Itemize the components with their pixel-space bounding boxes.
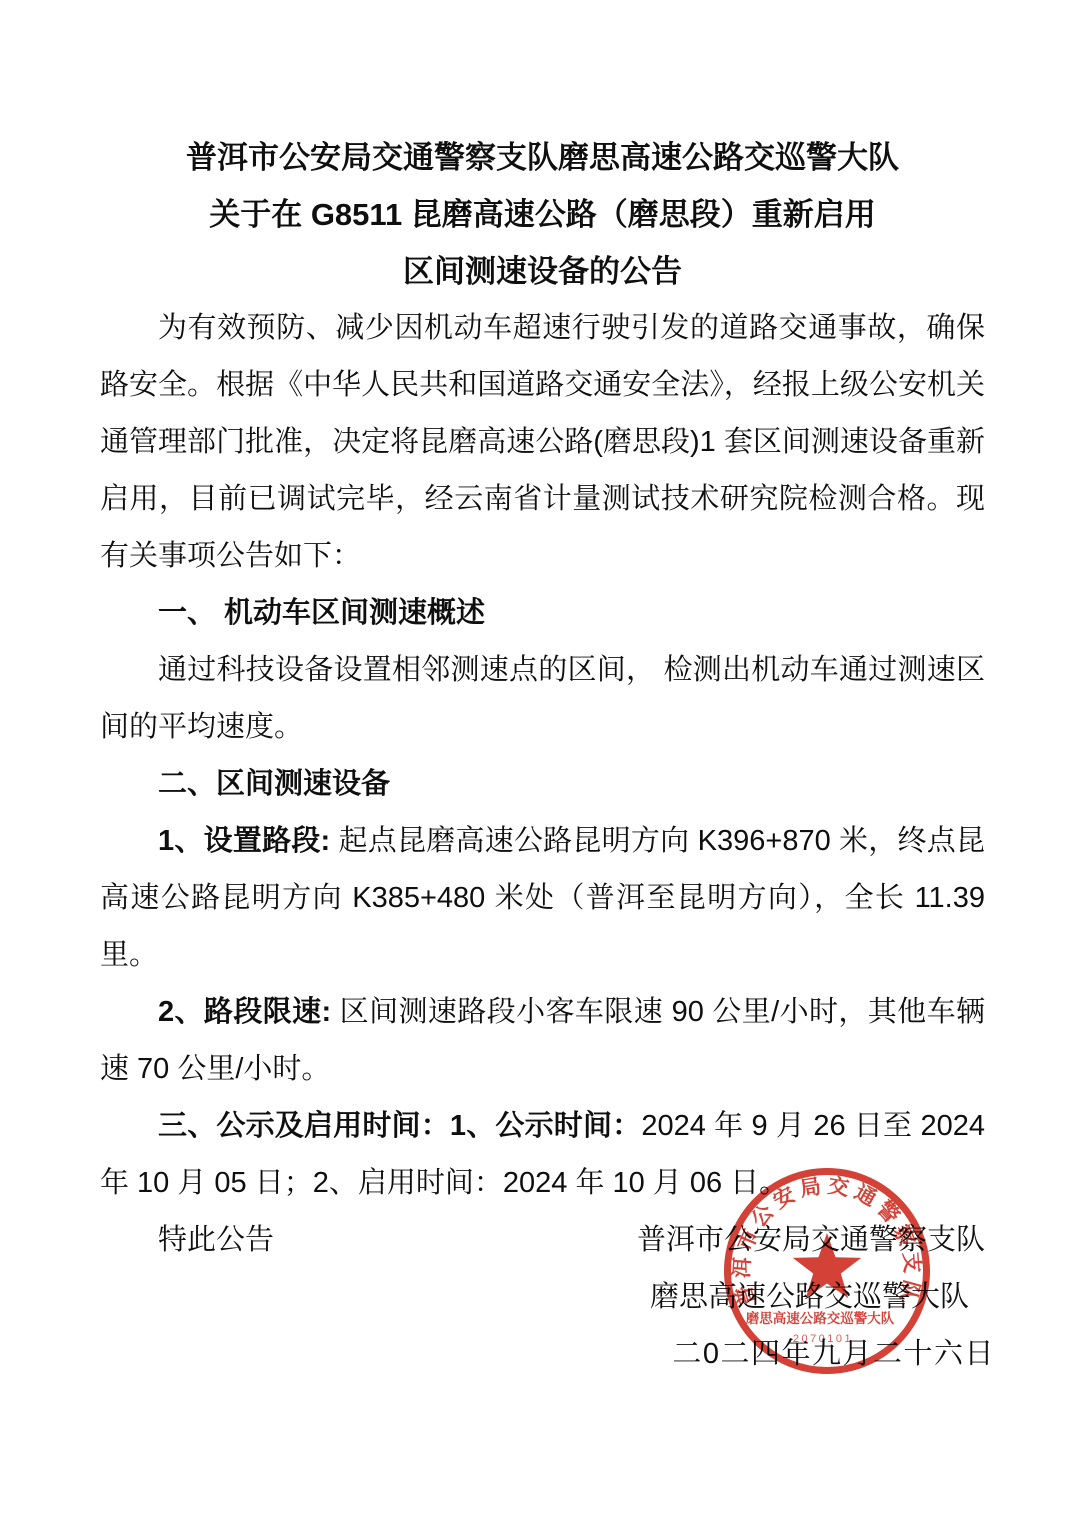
item-route-line: 高速公路昆明方向 K385+480 米处（普洱至昆明方向），全长 11.39 公 <box>100 870 985 927</box>
section-heading-2: 二、区间测速设备 <box>100 756 985 813</box>
document-title-line-1: 普洱市公安局交通警察支队磨思高速公路交巡警大队 <box>100 129 985 186</box>
item-speed-limit-line: 2、路段限速: 区间测速路段小客车限速 90 公里/小时，其他车辆限 <box>100 984 985 1041</box>
item-publicity-label: 1、公示时间： <box>450 1110 641 1142</box>
item-route-line: 1、设置路段: 起点昆磨高速公路昆明方向 K396+870 米，终点昆磨 <box>100 813 985 870</box>
document-title-line-2: 关于在 G8511 昆磨高速公路（磨思段）重新启用 <box>100 186 985 243</box>
paragraph-line: 路安全。根据《中华人民共和国道路交通安全法》，经报上级公安机关交 <box>100 357 985 414</box>
signature-org-line-1: 普洱市公安局交通警察支队 <box>637 1212 985 1269</box>
paragraph-line: 启用，目前已调试完毕，经云南省计量测试技术研究院检测合格。现将 <box>100 471 985 528</box>
announcement-document: 普洱市公安局交通警察支队磨思高速公路交巡警大队 关于在 G8511 昆磨高速公路… <box>0 0 1083 1532</box>
item-speed-limit-label: 2、路段限速: <box>158 996 331 1028</box>
closing-notice: 特此公告 <box>100 1212 274 1269</box>
item-route-line: 里。 <box>100 927 985 984</box>
section-heading-1: 一、 机动车区间测速概述 <box>100 585 985 642</box>
paragraph-line: 通过科技设备设置相邻测速点的区间， 检测出机动车通过测速区 <box>100 642 985 699</box>
closing-row: 特此公告 普洱市公安局交通警察支队 <box>100 1212 985 1269</box>
signature-date: 二0二四年九月二十六日 <box>100 1326 995 1383</box>
item-schedule-line: 年 10 月 05 日；2、启用时间：2024 年 10 月 06 日。 <box>100 1155 985 1212</box>
item-schedule-line: 三、公示及启用时间：1、公示时间：2024 年 9 月 26 日至 2024 <box>100 1098 985 1155</box>
paragraph-line: 有关事项公告如下： <box>100 528 985 585</box>
paragraph-line: 间的平均速度。 <box>100 699 985 756</box>
item-publicity-text: 2024 年 9 月 26 日至 2024 <box>641 1110 985 1142</box>
paragraph-line: 为有效预防、减少因机动车超速行驶引发的道路交通事故，确保道 <box>100 300 985 357</box>
item-route-label: 1、设置路段: <box>158 825 330 857</box>
section-heading-3: 三、公示及启用时间： <box>158 1110 450 1142</box>
document-title-line-3: 区间测速设备的公告 <box>100 243 985 300</box>
item-speed-limit-line: 速 70 公里/小时。 <box>100 1041 985 1098</box>
signature-org-line-2: 磨思高速公路交巡警大队 <box>100 1269 985 1326</box>
paragraph-line: 通管理部门批准，决定将昆磨高速公路(磨思段)1 套区间测速设备重新 <box>100 414 985 471</box>
document-content: 普洱市公安局交通警察支队磨思高速公路交巡警大队 关于在 G8511 昆磨高速公路… <box>100 129 985 1383</box>
